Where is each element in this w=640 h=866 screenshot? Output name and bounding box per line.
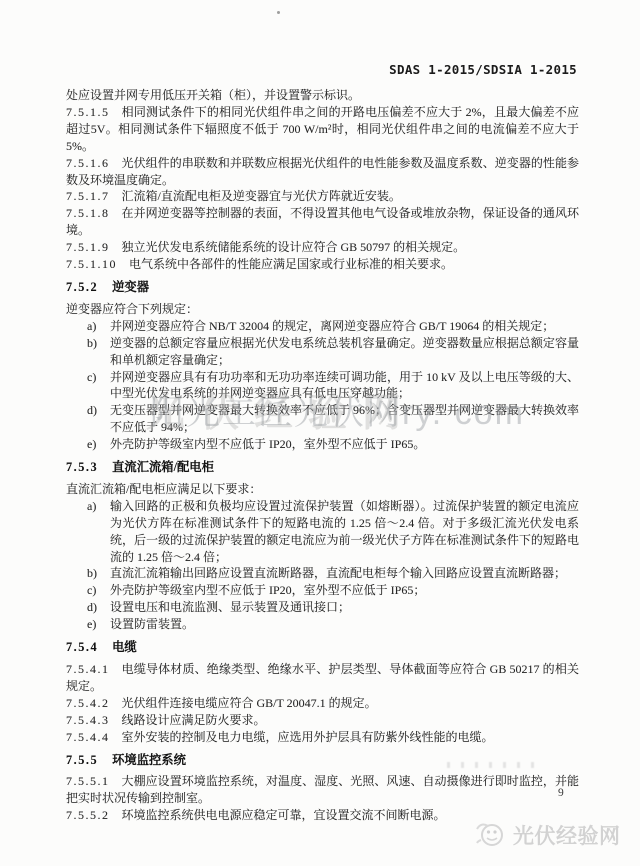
clause-7551: 7.5.5.1大棚应设置环境监控系统，对温度、湿度、光照、风速、自动摄像进行即时… <box>66 773 579 807</box>
list-item-label: d) <box>87 402 97 419</box>
list-item-label: c) <box>87 582 96 599</box>
section-number: 7.5.3 <box>66 460 98 474</box>
clause-75110: 7.5.1.10电气系统中各部件的性能应满足国家或行业标准的相关要求。 <box>66 256 579 273</box>
list-item: a)并网逆变器应符合 NB/T 32004 的规定，离网逆变器应符合 GB/T … <box>66 318 579 335</box>
list-item-label: e) <box>87 616 96 633</box>
clause-text: 大棚应设置环境监控系统，对温度、湿度、光照、风速、自动摄像进行即时监控，并能把实… <box>66 774 579 805</box>
page-number: 9 <box>558 787 565 799</box>
clause-number: 7.5.1.7 <box>66 189 110 203</box>
clause-text: 相同测试条件下的相同光伏组件串之间的开路电压偏差不应大于 2%，且最大偏差不应超… <box>66 105 579 153</box>
list-item: d)无变压器型并网逆变器最大转换效率不应低于 96%；含变压器型并网逆变器最大转… <box>66 402 579 436</box>
clause-7519: 7.5.1.9独立光伏发电系统储能系统的设计应符合 GB 50797 的相关规定… <box>66 239 579 256</box>
section-title: 直流汇流箱/配电柜 <box>112 460 214 474</box>
clause-text: 独立光伏发电系统储能系统的设计应符合 GB 50797 的相关规定。 <box>122 240 466 254</box>
section-title: 环境监控系统 <box>112 753 186 767</box>
list-item: c)外壳防护等级室内型不应低于 IP20，室外型不应低于 IP65； <box>66 582 579 599</box>
clause-number: 7.5.4.1 <box>66 662 110 676</box>
clause-number: 7.5.1.8 <box>66 206 110 220</box>
scan-artifact <box>447 762 543 768</box>
section-heading-752: 7.5.2逆变器 <box>66 279 579 296</box>
list-item-label: e) <box>87 436 96 453</box>
section-title: 电缆 <box>112 640 137 654</box>
scan-artifact <box>277 11 280 14</box>
section-number: 7.5.5 <box>66 753 98 767</box>
section-heading-754: 7.5.4电缆 <box>66 639 579 656</box>
list-item: b)直流汇流箱输出回路应设置直流断路器，直流配电柜每个输入回路应设置直流断路器； <box>66 565 579 582</box>
clause-text: 汇流箱/直流配电柜及逆变器宜与光伏方阵就近安装。 <box>122 189 401 203</box>
clause-number: 7.5.1.6 <box>66 156 110 170</box>
list-item-text: 外壳防护等级室内型不应低于 IP20，室外型不应低于 IP65。 <box>110 437 425 451</box>
clause-text: 电气系统中各部件的性能应满足国家或行业标准的相关要求。 <box>129 257 453 271</box>
clause-number: 7.5.5.2 <box>66 808 110 822</box>
clause-7543: 7.5.4.3线路设计应满足防火要求。 <box>66 712 579 729</box>
list-item-text: 并网逆变器应具有有功功率和无功功率连续可调功能，用于 10 kV 及以上电压等级… <box>110 370 579 401</box>
section-heading-753: 7.5.3直流汇流箱/配电柜 <box>66 459 579 476</box>
list-item-text: 设置防雷装置。 <box>110 617 194 631</box>
list-item-label: b) <box>87 335 97 352</box>
list-item-label: d) <box>87 599 97 616</box>
clause-text: 光伏组件的串联数和并联数应根据光伏组件的电性能参数及温度系数、逆变器的性能参数及… <box>66 156 579 187</box>
clause-number: 7.5.5.1 <box>66 774 110 788</box>
section-number: 7.5.4 <box>66 640 98 654</box>
clause-7516: 7.5.1.6光伏组件的串联数和并联数应根据光伏组件的电性能参数及温度系数、逆变… <box>66 155 579 189</box>
clause-7518: 7.5.1.8在并网逆变器等控制器的表面，不得设置其他电气设备或堆放杂物，保证设… <box>66 205 579 239</box>
section-title: 逆变器 <box>112 280 149 294</box>
list-item: a)输入回路的正极和负极均应设置过流保护装置（如熔断器）。过流保护装置的额定电流… <box>66 498 579 566</box>
list-item: b)逆变器的总额定容量应根据光伏发电系统总装机容量确定。逆变器数量应根据总额定容… <box>66 335 579 369</box>
clause-text: 在并网逆变器等控制器的表面，不得设置其他电气设备或堆放杂物，保证设备的通风环境。 <box>66 206 579 237</box>
clause-number: 7.5.4.3 <box>66 713 110 727</box>
clause-number: 7.5.4.2 <box>66 696 110 710</box>
section-lead: 逆变器应符合下列规定： <box>66 301 579 318</box>
clause-number: 7.5.1.10 <box>66 257 117 271</box>
list-item-label: b) <box>87 565 97 582</box>
section-number: 7.5.2 <box>66 280 98 294</box>
clause-7517: 7.5.1.7汇流箱/直流配电柜及逆变器宜与光伏方阵就近安装。 <box>66 188 579 205</box>
document-page: SDAS 1-2015/SDSIA 1-2015 处应设置并网专用低压开关箱（柜… <box>0 0 640 866</box>
section-lead: 直流汇流箱/配电柜应满足以下要求： <box>66 481 579 498</box>
document-body: 处应设置并网专用低压开关箱（柜），并设置警示标识。 7.5.1.5相同测试条件下… <box>66 87 579 824</box>
list-item: c)并网逆变器应具有有功功率和无功功率连续可调功能，用于 10 kV 及以上电压… <box>66 369 579 403</box>
clause-7541: 7.5.4.1电缆导体材质、绝缘类型、绝缘水平、护层类型、导体截面等应符合 GB… <box>66 661 579 695</box>
standard-reference: SDAS 1-2015/SDSIA 1-2015 <box>389 62 577 77</box>
clause-number: 7.5.1.5 <box>66 105 110 119</box>
list-item-text: 并网逆变器应符合 NB/T 32004 的规定，离网逆变器应符合 GB/T 19… <box>110 319 554 333</box>
clause-7544: 7.5.4.4室外安装的控制及电力电缆，应选用外护层具有防紫外线性能的电缆。 <box>66 729 579 746</box>
list-item-text: 直流汇流箱输出回路应设置直流断路器，直流配电柜每个输入回路应设置直流断路器； <box>110 566 566 580</box>
clause-text: 电缆导体材质、绝缘类型、绝缘水平、护层类型、导体截面等应符合 GB 50217 … <box>66 662 579 693</box>
list-item-label: a) <box>87 498 96 515</box>
list-item-label: a) <box>87 318 96 335</box>
clause-text: 室外安装的控制及电力电缆，应选用外护层具有防紫外线性能的电缆。 <box>122 730 494 744</box>
list-item: e)外壳防护等级室内型不应低于 IP20，室外型不应低于 IP65。 <box>66 436 579 453</box>
clause-text: 线路设计应满足防火要求。 <box>122 713 266 727</box>
list-item: d)设置电压和电流监测、显示装置及通讯接口； <box>66 599 579 616</box>
clause-text: 光伏组件连接电缆应符合 GB/T 20047.1 的规定。 <box>122 696 377 710</box>
paragraph-continuation: 处应设置并网专用低压开关箱（柜），并设置警示标识。 <box>66 87 579 104</box>
list-item-text: 无变压器型并网逆变器最大转换效率不应低于 96%；含变压器型并网逆变器最大转换效… <box>110 403 579 434</box>
list-item-text: 设置电压和电流监测、显示装置及通讯接口； <box>110 600 350 614</box>
list-item-text: 输入回路的正极和负极均应设置过流保护装置（如熔断器）。过流保护装置的额定电流应为… <box>110 499 579 564</box>
clause-7552: 7.5.5.2环境监控系统供电电源应稳定可靠，宜设置交流不间断电源。 <box>66 807 579 824</box>
clause-7542: 7.5.4.2光伏组件连接电缆应符合 GB/T 20047.1 的规定。 <box>66 695 579 712</box>
list-item-label: c) <box>87 369 96 386</box>
list-item: e)设置防雷装置。 <box>66 616 579 633</box>
clause-number: 7.5.4.4 <box>66 730 110 744</box>
clause-7515: 7.5.1.5相同测试条件下的相同光伏组件串之间的开路电压偏差不应大于 2%，且… <box>66 104 579 155</box>
list-item-text: 外壳防护等级室内型不应低于 IP20，室外型不应低于 IP65； <box>110 583 425 597</box>
list-item-text: 逆变器的总额定容量应根据光伏发电系统总装机容量确定。逆变器数量应根据总额定容量和… <box>110 336 579 367</box>
clause-text: 环境监控系统供电电源应稳定可靠，宜设置交流不间断电源。 <box>122 808 446 822</box>
clause-number: 7.5.1.9 <box>66 240 110 254</box>
